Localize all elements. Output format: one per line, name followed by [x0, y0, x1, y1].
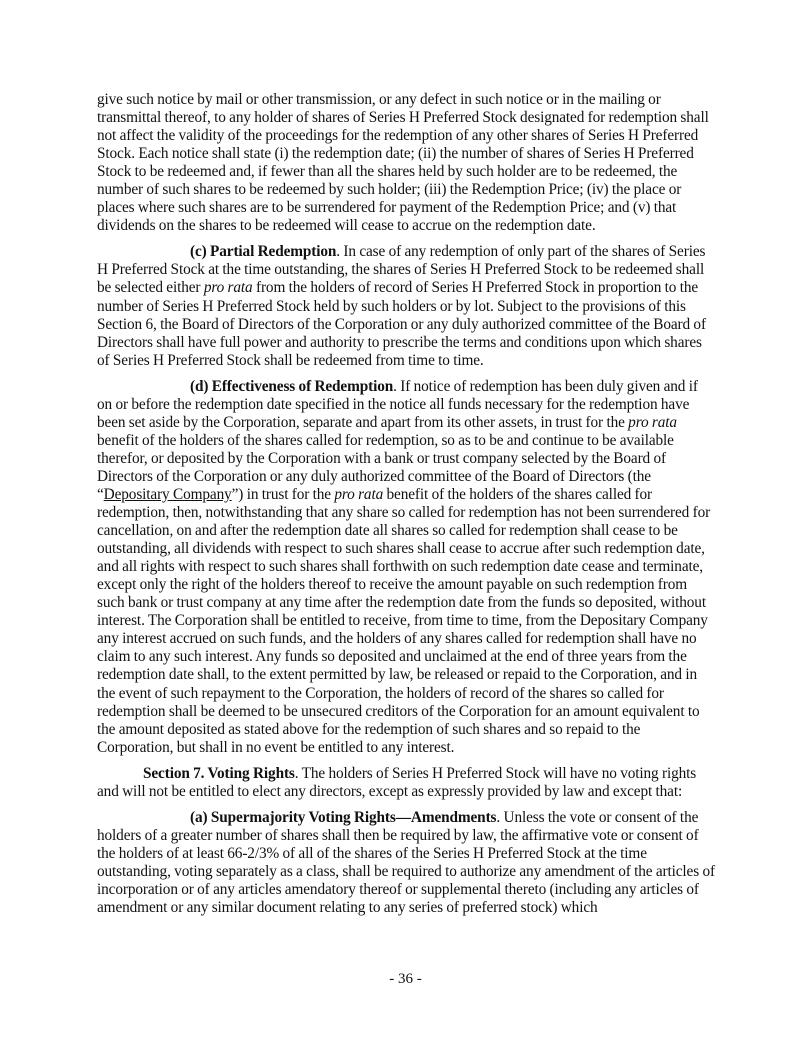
paragraph-text: give such notice by mail or other transm… [97, 91, 709, 234]
paragraph-text: ”) in trust for the [232, 486, 335, 503]
section-heading: (a) Supermajority Voting Rights—Amendmen… [190, 809, 496, 826]
defined-term: Depositary Company [104, 486, 232, 503]
paragraph-notice-continuation: give such notice by mail or other transm… [97, 91, 715, 235]
paragraph-supermajority-voting-rights: (a) Supermajority Voting Rights—Amendmen… [97, 809, 715, 917]
paragraph-section-7-voting-rights: Section 7. Voting Rights. The holders of… [97, 765, 715, 801]
paragraph-effectiveness-of-redemption: (d) Effectiveness of Redemption. If noti… [97, 378, 715, 757]
paragraph-partial-redemption: (c) Partial Redemption. In case of any r… [97, 243, 715, 369]
section-heading: (c) Partial Redemption [190, 243, 336, 260]
italic-term: pro rata [204, 279, 253, 296]
page-number: - 36 - [0, 971, 811, 988]
paragraph-text: If notice of redemption has been duly gi… [97, 378, 698, 431]
italic-term: pro rata [628, 414, 677, 431]
section-heading: Section 7. Voting Rights [143, 765, 295, 782]
paragraph-text: benefit of the holders of the shares cal… [97, 486, 710, 756]
section-heading: (d) Effectiveness of Redemption [190, 378, 393, 395]
document-page: give such notice by mail or other transm… [97, 91, 715, 925]
italic-term: pro rata [334, 486, 383, 503]
